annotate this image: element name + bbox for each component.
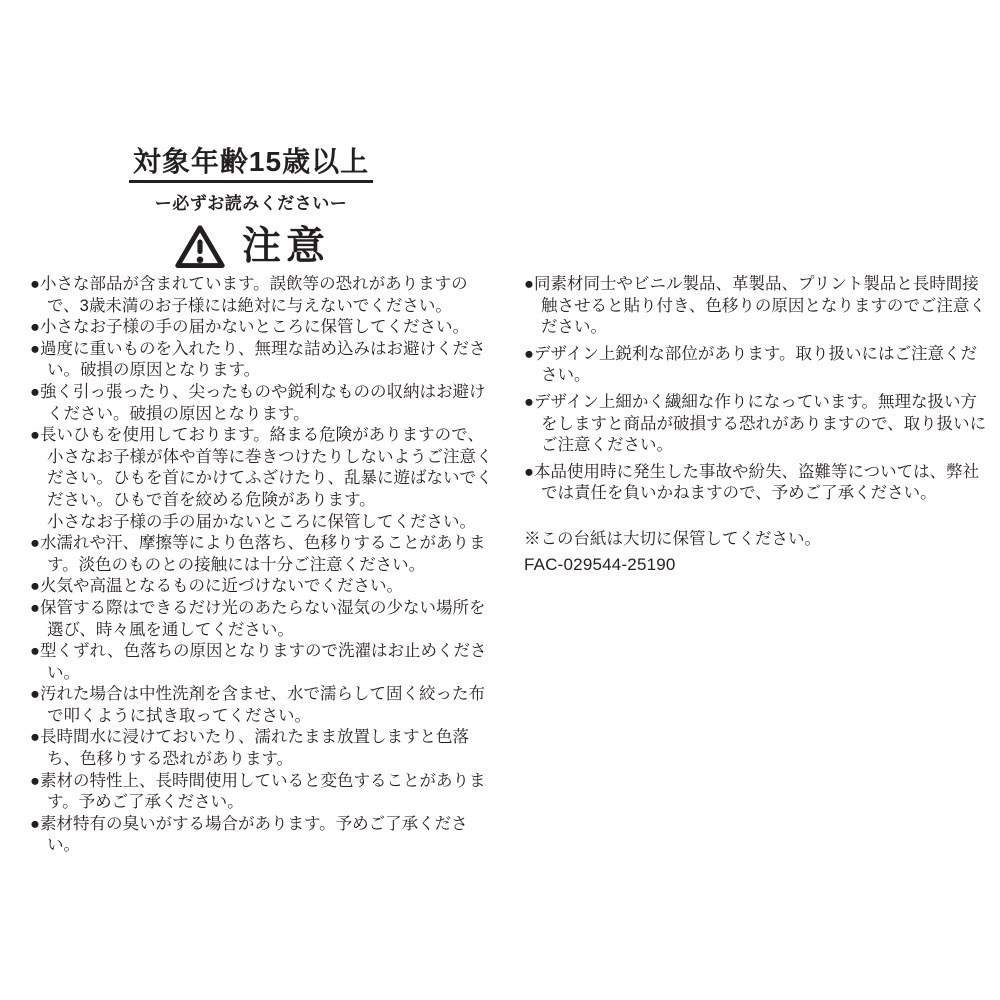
warning-text: 長いひもを使用しております。絡まる危険がありますので、小さなお子様が体や首等に巻… [40, 426, 493, 530]
bullet-marker: ● [30, 685, 40, 703]
bullet-marker: ● [30, 426, 40, 444]
caution-card: 対象年齢15歳以上 ー必ずお読みくださいー 注意 ●小さな部品が含まれています。… [0, 0, 1000, 1000]
bullet-marker: ● [30, 275, 40, 293]
warning-item: ●長いひもを使用しております。絡まる危険がありますので、小さなお子様が体や首等に… [30, 425, 500, 533]
bullet-marker: ● [30, 728, 40, 746]
warning-text: 火気や高温となるものに近づけないでください。 [40, 577, 403, 595]
warning-item: ●保管する際はできるだけ光のあたらない湿気の少ない場所を選び、時々風を通してくだ… [30, 598, 500, 641]
warning-item: ●デザイン上細かく繊細な作りになっています。無理な扱い方をしますと商品が破損する… [524, 392, 988, 457]
bullet-marker: ● [30, 772, 40, 790]
warning-item: ●水濡れや汗、摩擦等により色落ち、色移りすることがあります。淡色のものとの接触に… [30, 533, 500, 576]
bullet-marker: ● [524, 345, 534, 363]
caution-heading: 注意 [172, 222, 330, 270]
warning-item: ●汚れた場合は中性洗剤を含ませ、水で濡らして固く絞った布で叩くように拭き取ってく… [30, 684, 500, 727]
warning-text: 強く引っ張ったり、尖ったものや鋭利なものの収納はお避けください。破損の原因となり… [40, 383, 486, 423]
warning-item: ●過度に重いものを入れたり、無理な詰め込みはお避けください。破損の原因となります… [30, 339, 500, 382]
bullet-marker: ● [30, 318, 40, 336]
age-restriction-title: 対象年齢15歳以上 [129, 146, 373, 183]
warning-text: 素材特有の臭いがする場合があります。予めご了承ください。 [40, 815, 468, 855]
warning-item: ●小さな部品が含まれています。誤飲等の恐れがありますので、3歳未満のお子様には絶… [30, 274, 500, 317]
warning-text: 小さな部品が含まれています。誤飲等の恐れがありますので、3歳未満のお子様には絶対… [40, 275, 468, 315]
bullet-marker: ● [30, 383, 40, 401]
bullet-marker: ● [524, 393, 534, 411]
caution-label: 注意 [242, 227, 330, 266]
warning-text: 型くずれ、色落ちの原因となりますので洗濯はお止めください。 [40, 642, 487, 682]
bullet-marker: ● [30, 642, 40, 660]
bullet-marker: ● [30, 340, 40, 358]
warning-text: 本品使用時に発生した事故や紛失、盗難等については、弊社では責任を負いかねますので… [534, 463, 979, 503]
warning-text: 長時間水に浸けておいたり、濡れたまま放置しますと色落ち、色移りする恐れがあります… [40, 728, 469, 768]
bullet-marker: ● [524, 463, 534, 481]
warning-item: ●型くずれ、色落ちの原因となりますので洗濯はお止めください。 [30, 641, 500, 684]
warning-text: 小さなお子様の手の届かないところに保管してください。 [40, 318, 469, 336]
warning-text: 過度に重いものを入れたり、無理な詰め込みはお避けください。破損の原因となります。 [40, 340, 486, 380]
warnings-column-left: ●小さな部品が含まれています。誤飲等の恐れがありますので、3歳未満のお子様には絶… [30, 274, 500, 857]
warning-triangle-icon [172, 222, 228, 270]
bullet-marker: ● [30, 577, 40, 595]
warning-item: ●同素材同士やビニル製品、革製品、プリント製品と長時間接触させると貼り付き、色移… [524, 274, 988, 339]
warning-text: 素材の特性上、長時間使用していると変色することがあります。予めご了承ください。 [40, 772, 486, 812]
warning-item: ●火気や高温となるものに近づけないでください。 [30, 576, 500, 598]
product-code: FAC-029544-25190 [524, 554, 988, 576]
header: 対象年齢15歳以上 ー必ずお読みくださいー 注意 [0, 146, 502, 270]
warning-text: デザイン上鋭利な部位があります。取り扱いにはご注意ください。 [534, 345, 977, 385]
warning-text: 保管する際はできるだけ光のあたらない湿気の少ない場所を選び、時々風を通してくださ… [40, 599, 486, 639]
warnings-column-right: ●同素材同士やビニル製品、革製品、プリント製品と長時間接触させると貼り付き、色移… [524, 274, 988, 575]
warning-text: 同素材同士やビニル製品、革製品、プリント製品と長時間接触させると貼り付き、色移り… [534, 275, 986, 336]
warning-text: 汚れた場合は中性洗剤を含ませ、水で濡らして固く絞った布で叩くように拭き取ってくだ… [40, 685, 485, 725]
warning-item: ●デザイン上鋭利な部位があります。取り扱いにはご注意ください。 [524, 344, 988, 387]
cardboard-retention-note: ※この台紙は大切に保管してください。 [524, 529, 988, 551]
warning-item: ●強く引っ張ったり、尖ったものや鋭利なものの収納はお避けください。破損の原因とな… [30, 382, 500, 425]
bullet-marker: ● [30, 599, 40, 617]
bullet-marker: ● [30, 815, 40, 833]
warning-item: ●素材特有の臭いがする場合があります。予めご了承ください。 [30, 814, 500, 857]
warning-item: ●本品使用時に発生した事故や紛失、盗難等については、弊社では責任を負いかねますの… [524, 462, 988, 505]
warning-text: 水濡れや汗、摩擦等により色落ち、色移りすることがあります。淡色のものとの接触には… [40, 534, 486, 574]
warning-item: ●長時間水に浸けておいたり、濡れたまま放置しますと色落ち、色移りする恐れがありま… [30, 727, 500, 770]
warning-text: デザイン上細かく繊細な作りになっています。無理な扱い方をしますと商品が破損する恐… [534, 393, 986, 454]
bullet-marker: ● [30, 534, 40, 552]
read-instruction: ー必ずお読みくださいー [155, 189, 348, 214]
bullet-marker: ● [524, 275, 534, 293]
warning-item: ●小さなお子様の手の届かないところに保管してください。 [30, 317, 500, 339]
warning-item: ●素材の特性上、長時間使用していると変色することがあります。予めご了承ください。 [30, 771, 500, 814]
